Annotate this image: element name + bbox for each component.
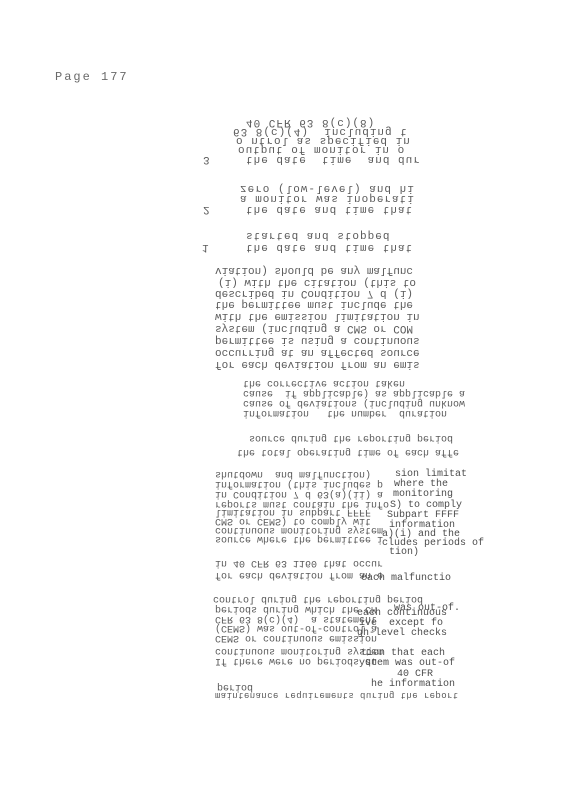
mirrored-text-line: for each deviation from an e (215, 569, 383, 579)
mirrored-text-line: the total operating time of each affe (237, 446, 459, 456)
mirrored-text-line: with the emission limitation in (215, 310, 420, 321)
mirrored-text-line: 1 (202, 241, 210, 252)
mirrored-text-line: in Condition 7 d 63(a)(ii) a (215, 488, 383, 498)
overlay-text-line: each malfunctio (361, 574, 451, 584)
overlay-text-line: tion) (389, 548, 419, 558)
mirrored-text-line: cause of deviations (including unknow (243, 397, 465, 407)
mirrored-text-line: cause if applicable) as applicable a (243, 387, 465, 397)
mirrored-text-line: 2 (203, 203, 211, 214)
mirrored-text-line: viation) should be any malfunc (215, 264, 413, 275)
mirrored-text-line: source where the permittee i (215, 533, 383, 543)
mirrored-text-line: the permittee must include the (215, 298, 413, 309)
mirrored-text-line: source during the reporting period (249, 432, 453, 442)
mirrored-text-line: (CEMS) was out-of-control a (215, 622, 377, 632)
mirrored-text-line: described in Condition 7 d (i) (215, 287, 413, 298)
mirrored-text-line: periods during which the CM (215, 603, 377, 613)
mirrored-text-line: shutdown and malfunction) (215, 468, 371, 478)
overlay-text-line: ystem was out-of (359, 659, 455, 669)
overlay-text-line: monitoring (393, 490, 453, 500)
mirrored-text-line: CEMS or continuous emission (215, 632, 377, 642)
page-number-label: Page 177 (55, 70, 129, 84)
mirrored-text-line: continuous monitoring system (215, 645, 383, 655)
mirrored-text-line: maintenance requirements during the repo… (215, 690, 459, 699)
mirrored-text-line: the corrective action taken (243, 377, 405, 387)
mirrored-text-line: information the number duration (243, 407, 447, 417)
mirrored-text-line: (i) with the citation (this to (218, 276, 416, 287)
mirrored-text-line: a monitor was inoperati (240, 192, 415, 203)
mirrored-text-line: the date and time that (246, 241, 413, 252)
mirrored-text-line: the date and time that (246, 203, 413, 214)
mirrored-text-line: If there were no periods du (215, 655, 377, 665)
mirrored-text-line: the date time and dur (246, 153, 421, 164)
mirrored-text-line: for each deviation from an emis (215, 358, 420, 369)
mirrored-text-line: permittee is using a continuous (215, 334, 420, 345)
mirrored-text-line: control during the reporting period (213, 593, 423, 603)
mirrored-text-line: in 40 CFR 63 1160 that occur (215, 557, 383, 567)
mirrored-text-line: occurring at an affected source (215, 346, 420, 357)
mirrored-text-line: information (this includes p (215, 478, 383, 488)
scanned-document-page: Page 177 40 CFR 63 8(c)(8)63 8(c)(4) inc… (0, 0, 566, 800)
overlay-text-line: he information (371, 680, 455, 690)
mirrored-text-line: system (including a CMS or COM (215, 322, 413, 333)
mirrored-text-line: started and stopped (246, 229, 390, 240)
mirrored-text-line: 3 (203, 153, 211, 164)
overlay-text-line: gh-level checks (357, 629, 447, 639)
